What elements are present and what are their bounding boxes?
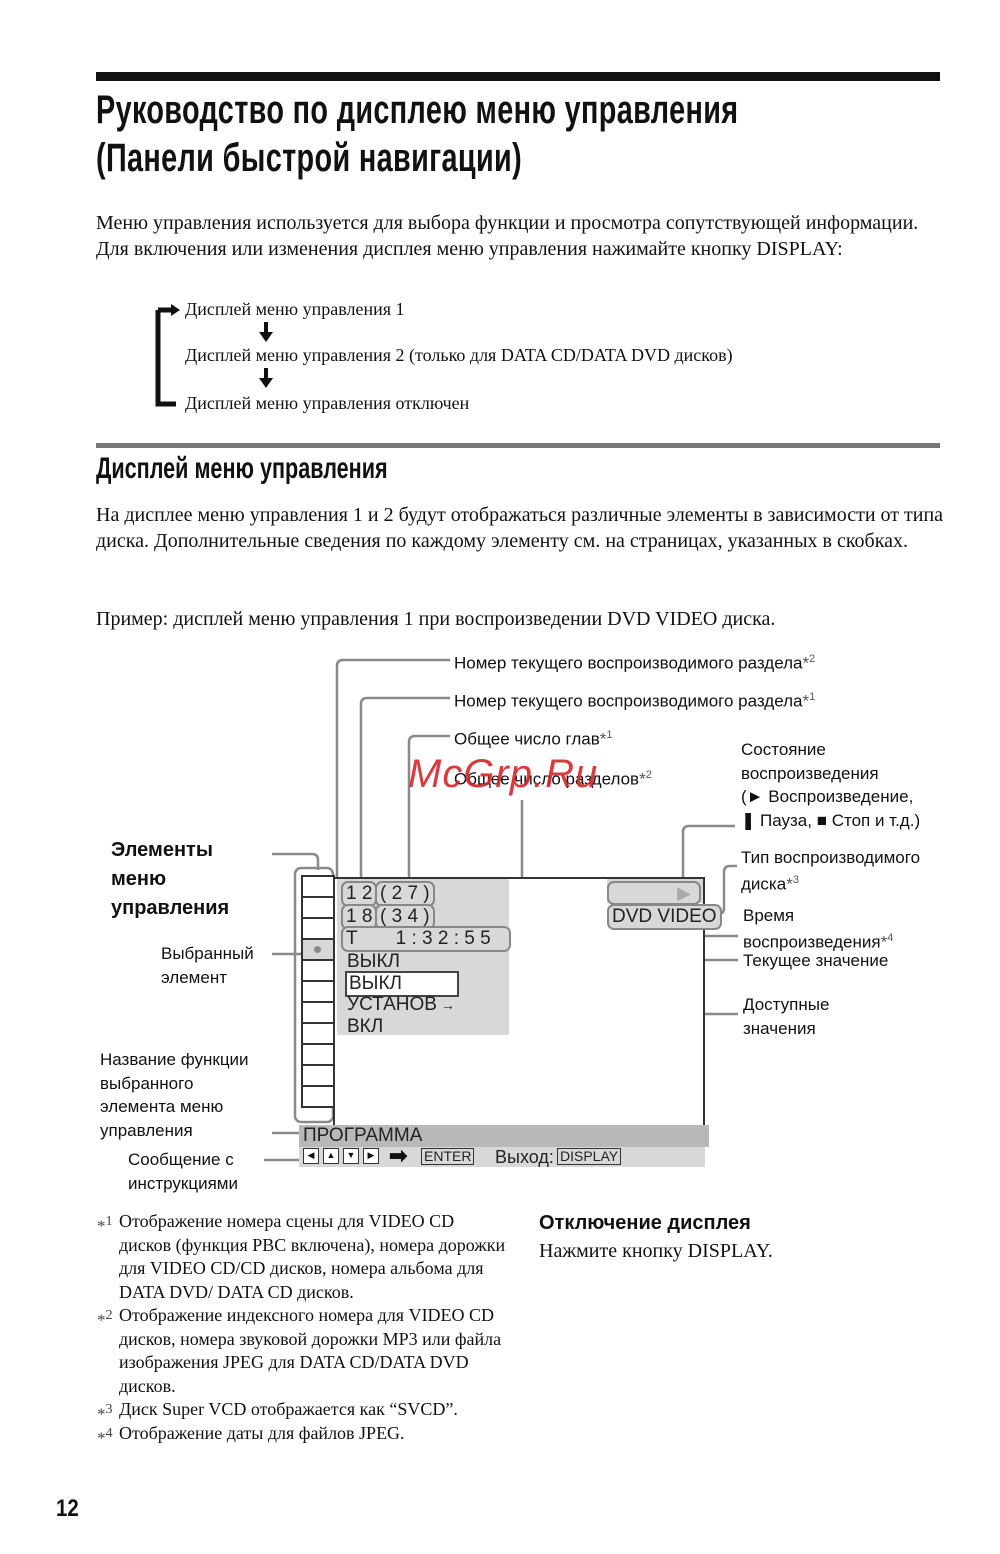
footnote-3: *3Диск Super VCD отображается как “SVCD”…	[119, 1398, 509, 1422]
label-selected-item: Выбранный элемент	[161, 942, 254, 990]
option-set[interactable]: УСТАНОВ →	[347, 994, 455, 1016]
right-arrow-icon: ▶	[363, 1148, 379, 1164]
up-arrow-icon: ▲	[323, 1148, 339, 1164]
exit-label: Выход:	[495, 1147, 554, 1167]
label-function-name: Название функции выбранного элемента мен…	[100, 1048, 249, 1142]
menu-item[interactable]	[303, 1024, 333, 1045]
menu-item-selected[interactable]	[303, 940, 333, 961]
page-number: 12	[56, 1494, 79, 1524]
stop-icon: ■	[817, 811, 827, 830]
down-arrow-icon: ▼	[343, 1148, 359, 1164]
footnote-2: *2Отображение индексного номера для VIDE…	[119, 1304, 509, 1398]
display-off-title: Отключение дисплея	[539, 1210, 751, 1236]
label-instructions: Сообщение с инструкциями	[128, 1148, 238, 1196]
option-on[interactable]: ВКЛ	[347, 1016, 383, 1038]
footnote-4: *4Отображение даты для файлов JPEG.	[119, 1422, 509, 1446]
enter-key: ENTER	[421, 1148, 474, 1165]
menu-item[interactable]	[303, 919, 333, 940]
display-off-text: Нажмите кнопку DISPLAY.	[539, 1238, 773, 1264]
callout-play-time: Время воспроизведения*4	[743, 904, 893, 954]
menu-item[interactable]	[303, 1087, 333, 1108]
callout-total-titles: Общее число глав*1	[454, 724, 613, 751]
menu-item[interactable]	[303, 961, 333, 982]
instruction-bar: ◀ ▲ ▼ ▶ ➡ ENTER Выход: DISPLAY	[299, 1147, 705, 1167]
play-icon: ▶	[677, 883, 691, 904]
left-arrow-icon: ◀	[303, 1148, 319, 1164]
disc-type: DVD VIDEO	[607, 904, 722, 930]
menu-item[interactable]	[303, 877, 333, 898]
display-key: DISPLAY	[557, 1148, 621, 1165]
callout-current-value: Текущее значение	[743, 950, 888, 972]
callout-current-chapter-2: Номер текущего воспроизводимого раздела*…	[454, 648, 815, 675]
watermark: McGrp.Ru	[408, 752, 598, 797]
pause-icon: ❚	[741, 811, 755, 830]
menu-item[interactable]	[303, 1045, 333, 1066]
footnote-1: *1Отображение номера сцены для VIDEO CD …	[119, 1210, 509, 1304]
play-state-indicator: ▶	[607, 881, 701, 905]
arrow-right-icon: ➡	[389, 1143, 407, 1169]
callout-available-values: Доступные значения	[743, 993, 829, 1041]
menu-items-column	[301, 875, 335, 1108]
right-arrow-icon: →	[437, 997, 455, 1013]
callout-current-chapter-1: Номер текущего воспроизводимого раздела*…	[454, 686, 815, 713]
function-name-bar: ПРОГРАММА	[299, 1125, 709, 1147]
current-option: ВЫКЛ	[347, 951, 400, 973]
footnotes: *1Отображение номера сцены для VIDEO CD …	[119, 1210, 509, 1445]
menu-item[interactable]	[303, 1003, 333, 1024]
control-menu-screen: 1 2 ( 2 7 ) 1 8 ( 3 4 ) T1 : 3 2 : 5 5 ▶…	[333, 877, 705, 1167]
play-icon: ►	[747, 787, 764, 806]
menu-item[interactable]	[303, 1066, 333, 1087]
menu-item[interactable]	[303, 898, 333, 919]
callout-play-state: Состояние воспроизведения (► Воспроизвед…	[741, 738, 920, 832]
label-menu-items: Элементы меню управления	[111, 836, 229, 923]
callout-disc-type: Тип воспроизводимого диска*3	[741, 846, 920, 896]
play-time: T1 : 3 2 : 5 5	[341, 926, 511, 952]
menu-item[interactable]	[303, 982, 333, 1003]
